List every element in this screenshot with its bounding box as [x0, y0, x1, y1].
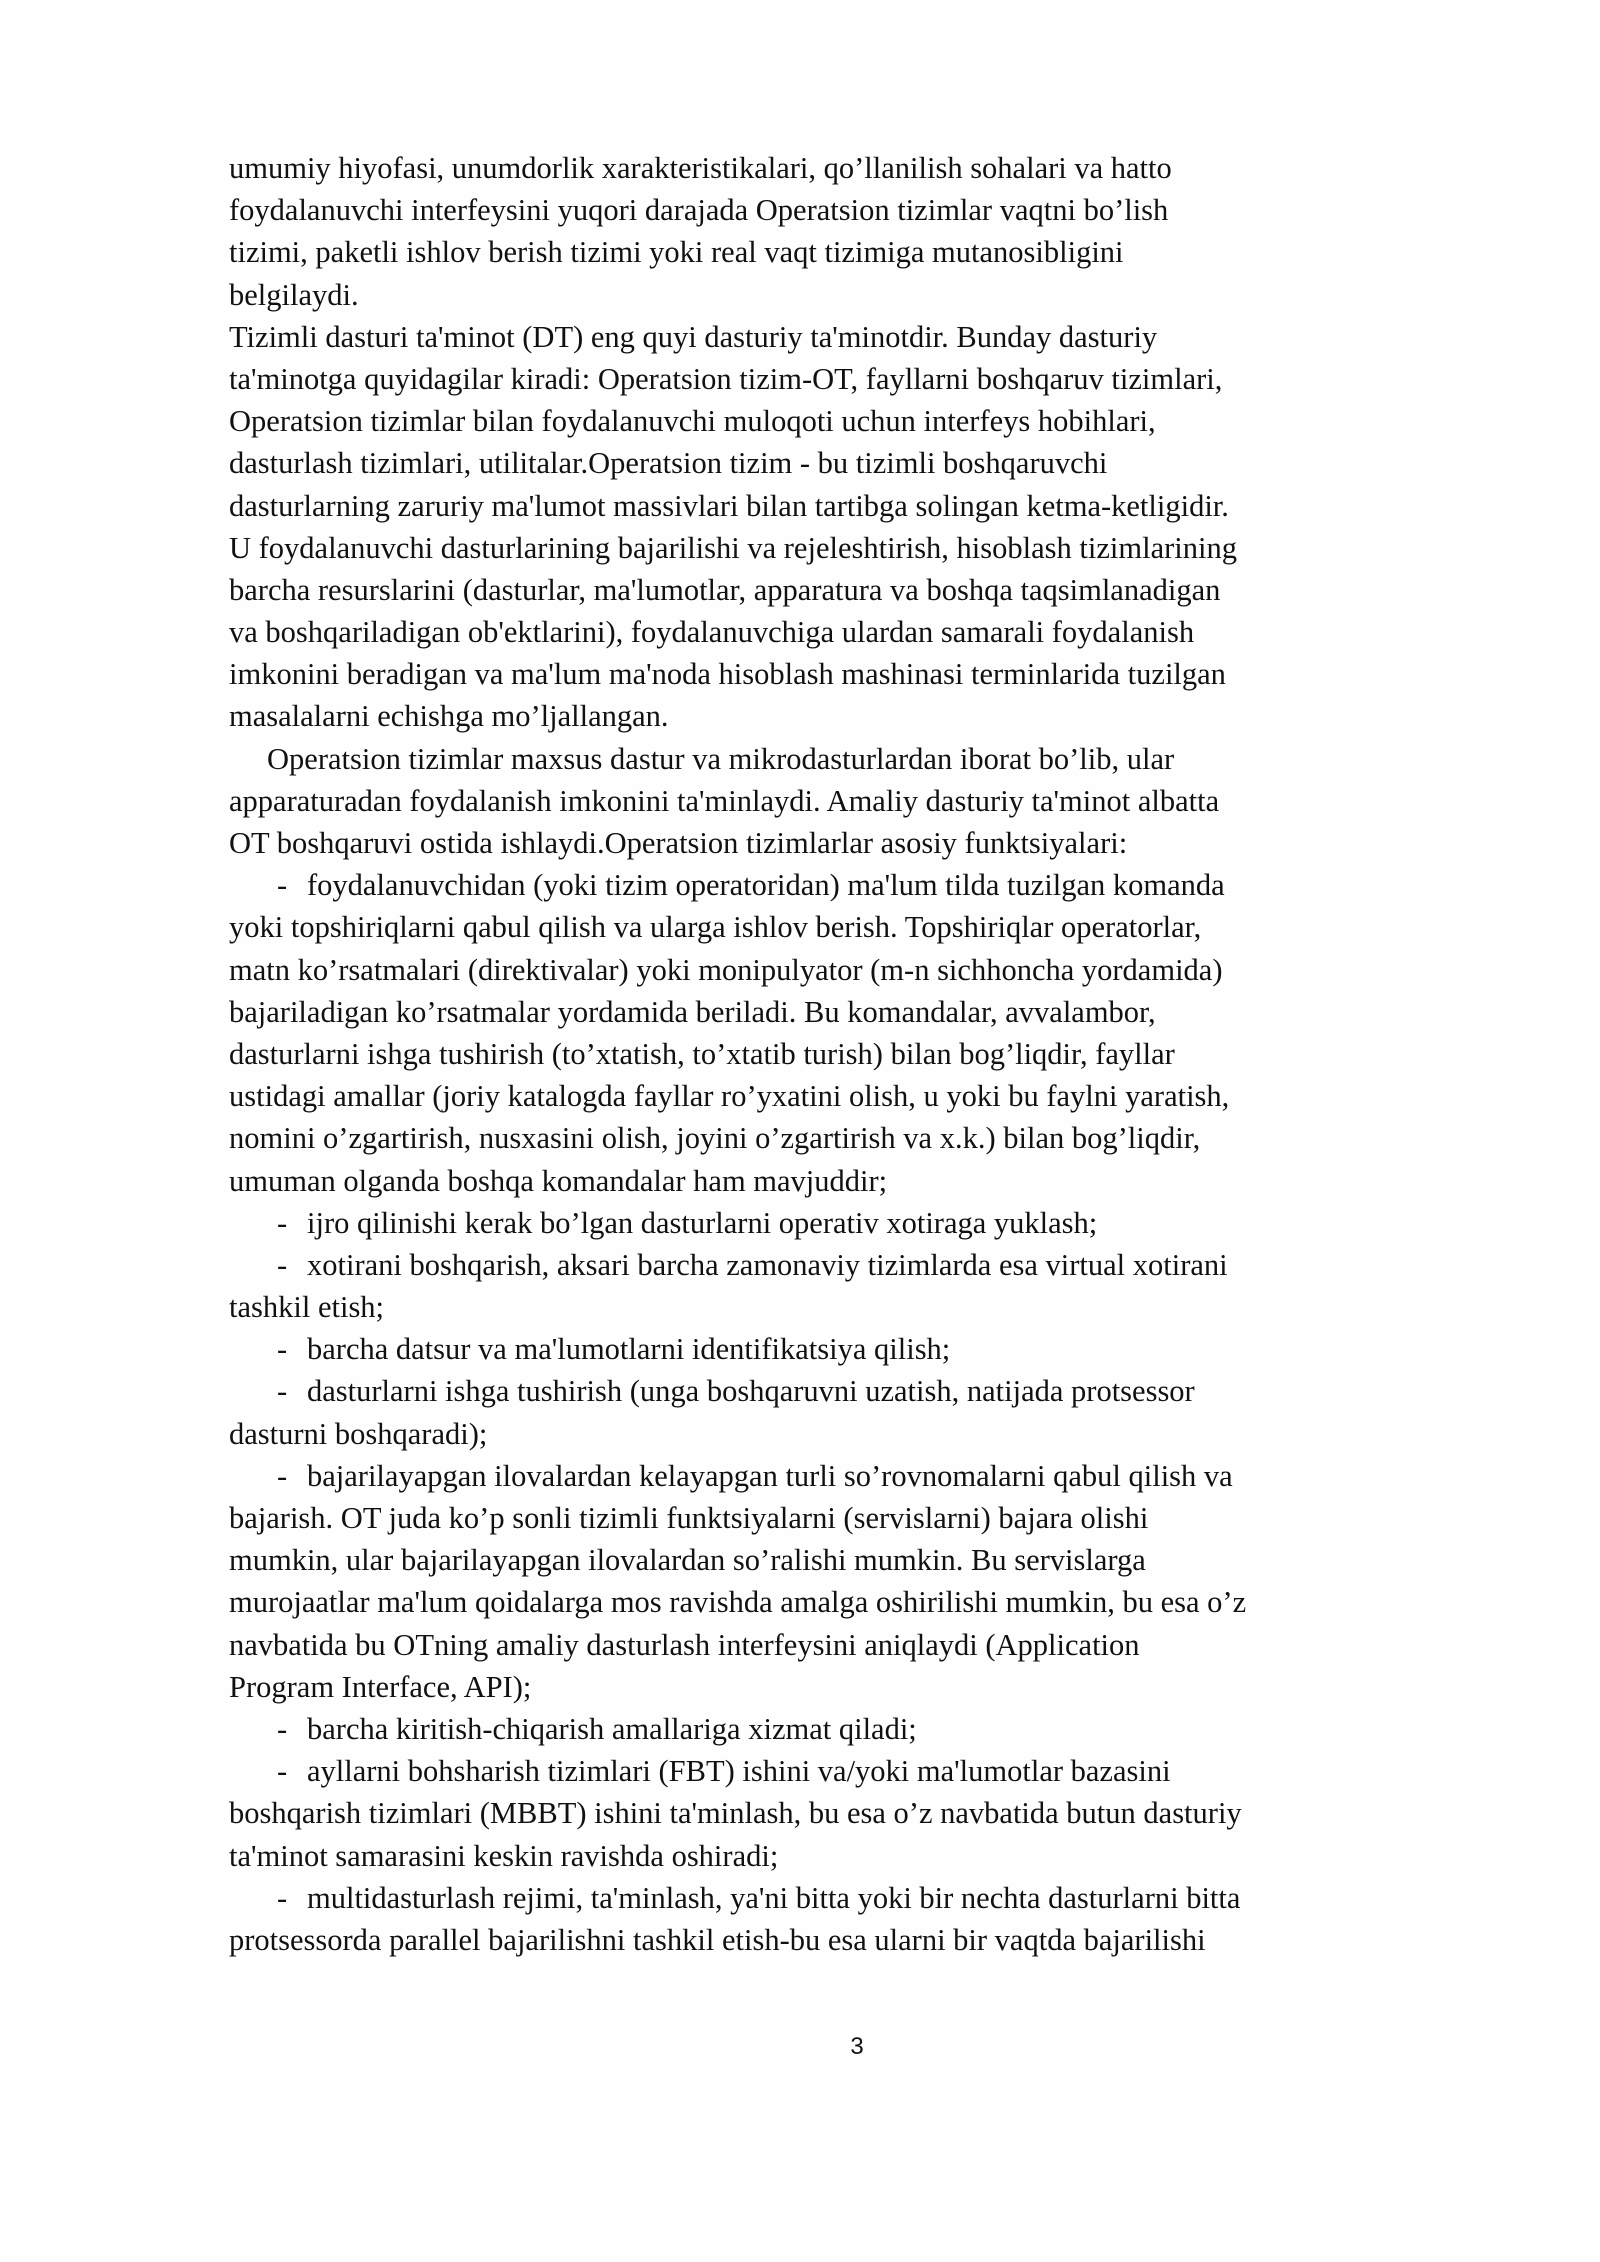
line-text: barcha datsur va ma'lumotlarni identifik… — [307, 1332, 950, 1366]
line-text: apparaturadan foydalanish imkonini ta'mi… — [229, 784, 1219, 818]
text-line: Program Interface, API); — [229, 1666, 1499, 1708]
line-text: barcha resurslarini (dasturlar, ma'lumot… — [229, 573, 1220, 607]
text-line: Operatsion tizimlar bilan foydalanuvchi … — [229, 400, 1499, 442]
line-text: OT boshqaruvi ostida ishlaydi.Operatsion… — [229, 826, 1127, 860]
text-line: U foydalanuvchi dasturlarining bajarilis… — [229, 527, 1499, 569]
text-line: umuman olganda boshqa komandalar ham mav… — [229, 1160, 1499, 1202]
line-text: ijro qilinishi kerak bo’lgan dasturlarni… — [307, 1206, 1097, 1240]
text-line: ustidagi amallar (joriy katalogda faylla… — [229, 1075, 1499, 1117]
line-text: barcha kiritish-chiqarish amallariga xiz… — [307, 1712, 917, 1746]
document-page: umumiy hiyofasi, unumdorlik xarakteristi… — [0, 0, 1600, 2262]
line-text: masalalarni echishga mo’ljallangan. — [229, 699, 669, 733]
line-text: Operatsion tizimlar bilan foydalanuvchi … — [229, 404, 1156, 438]
text-line: mumkin, ular bajarilayapgan ilovalardan … — [229, 1539, 1499, 1581]
bullet-item-line: -xotirani boshqarish, aksari barcha zamo… — [229, 1244, 1499, 1286]
page-number: 3 — [0, 2033, 1600, 2061]
line-text: ta'minot samarasini keskin ravishda oshi… — [229, 1839, 778, 1873]
line-text: ustidagi amallar (joriy katalogda faylla… — [229, 1079, 1229, 1113]
bullet-item-line: -foydalanuvchidan (yoki tizim operatorid… — [229, 864, 1499, 906]
line-text: dasturlarni ishga tushirish (unga boshqa… — [307, 1374, 1195, 1408]
bullet-item-line: -multidasturlash rejimi, ta'minlash, ya'… — [229, 1877, 1499, 1919]
line-text: Tizimli dasturi ta'minot (DT) eng quyi d… — [229, 320, 1157, 354]
text-line: boshqarish tizimlari (MBBT) ishini ta'mi… — [229, 1792, 1499, 1834]
line-text: xotirani boshqarish, aksari barcha zamon… — [307, 1248, 1228, 1282]
text-line: OT boshqaruvi ostida ishlaydi.Operatsion… — [229, 822, 1499, 864]
text-line: Tizimli dasturi ta'minot (DT) eng quyi d… — [229, 316, 1499, 358]
text-line: matn ko’rsatmalari (direktivalar) yoki m… — [229, 949, 1499, 991]
bullet-dash-icon: - — [277, 1877, 307, 1919]
bullet-dash-icon: - — [277, 1750, 307, 1792]
line-text: dasturlarni ishga tushirish (to’xtatish,… — [229, 1037, 1175, 1071]
line-text: yoki topshiriqlarni qabul qilish va ular… — [229, 910, 1201, 944]
bullet-dash-icon: - — [277, 1328, 307, 1370]
text-line: va boshqariladigan ob'ektlarini), foydal… — [229, 611, 1499, 653]
line-text: ta'minotga quyidagilar kiradi: Operatsio… — [229, 362, 1222, 396]
text-line: murojaatlar ma'lum qoidalarga mos ravish… — [229, 1581, 1499, 1623]
text-line: dasturni boshqaradi); — [229, 1413, 1499, 1455]
text-line: ta'minot samarasini keskin ravishda oshi… — [229, 1835, 1499, 1877]
text-line: nomini o’zgartirish, nusxasini olish, jo… — [229, 1117, 1499, 1159]
bullet-item-line: -dasturlarni ishga tushirish (unga boshq… — [229, 1370, 1499, 1412]
body-text: umumiy hiyofasi, unumdorlik xarakteristi… — [229, 147, 1499, 1961]
line-text: murojaatlar ma'lum qoidalarga mos ravish… — [229, 1585, 1246, 1619]
line-text: multidasturlash rejimi, ta'minlash, ya'n… — [307, 1881, 1240, 1915]
text-line: protsessorda parallel bajarilishni tashk… — [229, 1919, 1499, 1961]
line-text: ayllarni bohsharish tizimlari (FBT) ishi… — [307, 1754, 1171, 1788]
line-text: matn ko’rsatmalari (direktivalar) yoki m… — [229, 953, 1222, 987]
line-text: protsessorda parallel bajarilishni tashk… — [229, 1923, 1206, 1957]
bullet-item-line: -ijro qilinishi kerak bo’lgan dasturlarn… — [229, 1202, 1499, 1244]
text-line: imkonini beradigan va ma'lum ma'noda his… — [229, 653, 1499, 695]
bullet-dash-icon: - — [277, 1455, 307, 1497]
text-line: tashkil etish; — [229, 1286, 1499, 1328]
text-line: Operatsion tizimlar maxsus dastur va mik… — [229, 738, 1499, 780]
text-line: foydalanuvchi interfeysini yuqori daraja… — [229, 189, 1499, 231]
line-text: va boshqariladigan ob'ektlarini), foydal… — [229, 615, 1194, 649]
line-text: boshqarish tizimlari (MBBT) ishini ta'mi… — [229, 1796, 1242, 1830]
line-text: U foydalanuvchi dasturlarining bajarilis… — [229, 531, 1237, 565]
text-line: bajarish. OT juda ko’p sonli tizimli fun… — [229, 1497, 1499, 1539]
line-text: foydalanuvchidan (yoki tizim operatorida… — [307, 868, 1225, 902]
bullet-dash-icon: - — [277, 864, 307, 906]
line-text: Operatsion tizimlar maxsus dastur va mik… — [267, 742, 1174, 776]
line-text: foydalanuvchi interfeysini yuqori daraja… — [229, 193, 1168, 227]
line-text: bajarilayapgan ilovalardan kelayapgan tu… — [307, 1459, 1233, 1493]
bullet-item-line: -bajarilayapgan ilovalardan kelayapgan t… — [229, 1455, 1499, 1497]
line-text: umumiy hiyofasi, unumdorlik xarakteristi… — [229, 151, 1172, 185]
text-line: tizimi, paketli ishlov berish tizimi yok… — [229, 231, 1499, 273]
bullet-item-line: -ayllarni bohsharish tizimlari (FBT) ish… — [229, 1750, 1499, 1792]
bullet-dash-icon: - — [277, 1708, 307, 1750]
line-text: mumkin, ular bajarilayapgan ilovalardan … — [229, 1543, 1146, 1577]
text-line: masalalarni echishga mo’ljallangan. — [229, 695, 1499, 737]
line-text: dasturlarning zaruriy ma'lumot massivlar… — [229, 489, 1229, 523]
text-line: apparaturadan foydalanish imkonini ta'mi… — [229, 780, 1499, 822]
bullet-item-line: -barcha datsur va ma'lumotlarni identifi… — [229, 1328, 1499, 1370]
bullet-dash-icon: - — [277, 1202, 307, 1244]
text-line: belgilaydi. — [229, 274, 1499, 316]
text-line: dasturlarni ishga tushirish (to’xtatish,… — [229, 1033, 1499, 1075]
line-text: dasturni boshqaradi); — [229, 1417, 487, 1451]
line-text: Program Interface, API); — [229, 1670, 531, 1704]
line-text: tashkil etish; — [229, 1290, 384, 1324]
line-text: umuman olganda boshqa komandalar ham mav… — [229, 1164, 887, 1198]
line-text: bajarish. OT juda ko’p sonli tizimli fun… — [229, 1501, 1148, 1535]
bullet-item-line: -barcha kiritish-chiqarish amallariga xi… — [229, 1708, 1499, 1750]
text-line: barcha resurslarini (dasturlar, ma'lumot… — [229, 569, 1499, 611]
text-line: ta'minotga quyidagilar kiradi: Operatsio… — [229, 358, 1499, 400]
text-line: yoki topshiriqlarni qabul qilish va ular… — [229, 906, 1499, 948]
text-line: navbatida bu OTning amaliy dasturlash in… — [229, 1624, 1499, 1666]
text-line: bajariladigan ko’rsatmalar yordamida ber… — [229, 991, 1499, 1033]
text-line: dasturlarning zaruriy ma'lumot massivlar… — [229, 485, 1499, 527]
line-text: nomini o’zgartirish, nusxasini olish, jo… — [229, 1121, 1200, 1155]
line-text: bajariladigan ko’rsatmalar yordamida ber… — [229, 995, 1156, 1029]
line-text: belgilaydi. — [229, 278, 359, 312]
line-text: tizimi, paketli ishlov berish tizimi yok… — [229, 235, 1124, 269]
text-line: umumiy hiyofasi, unumdorlik xarakteristi… — [229, 147, 1499, 189]
text-line: dasturlash tizimlari, utilitalar.Operats… — [229, 442, 1499, 484]
line-text: dasturlash tizimlari, utilitalar.Operats… — [229, 446, 1107, 480]
bullet-dash-icon: - — [277, 1370, 307, 1412]
line-text: navbatida bu OTning amaliy dasturlash in… — [229, 1628, 1140, 1662]
bullet-dash-icon: - — [277, 1244, 307, 1286]
line-text: imkonini beradigan va ma'lum ma'noda his… — [229, 657, 1226, 691]
